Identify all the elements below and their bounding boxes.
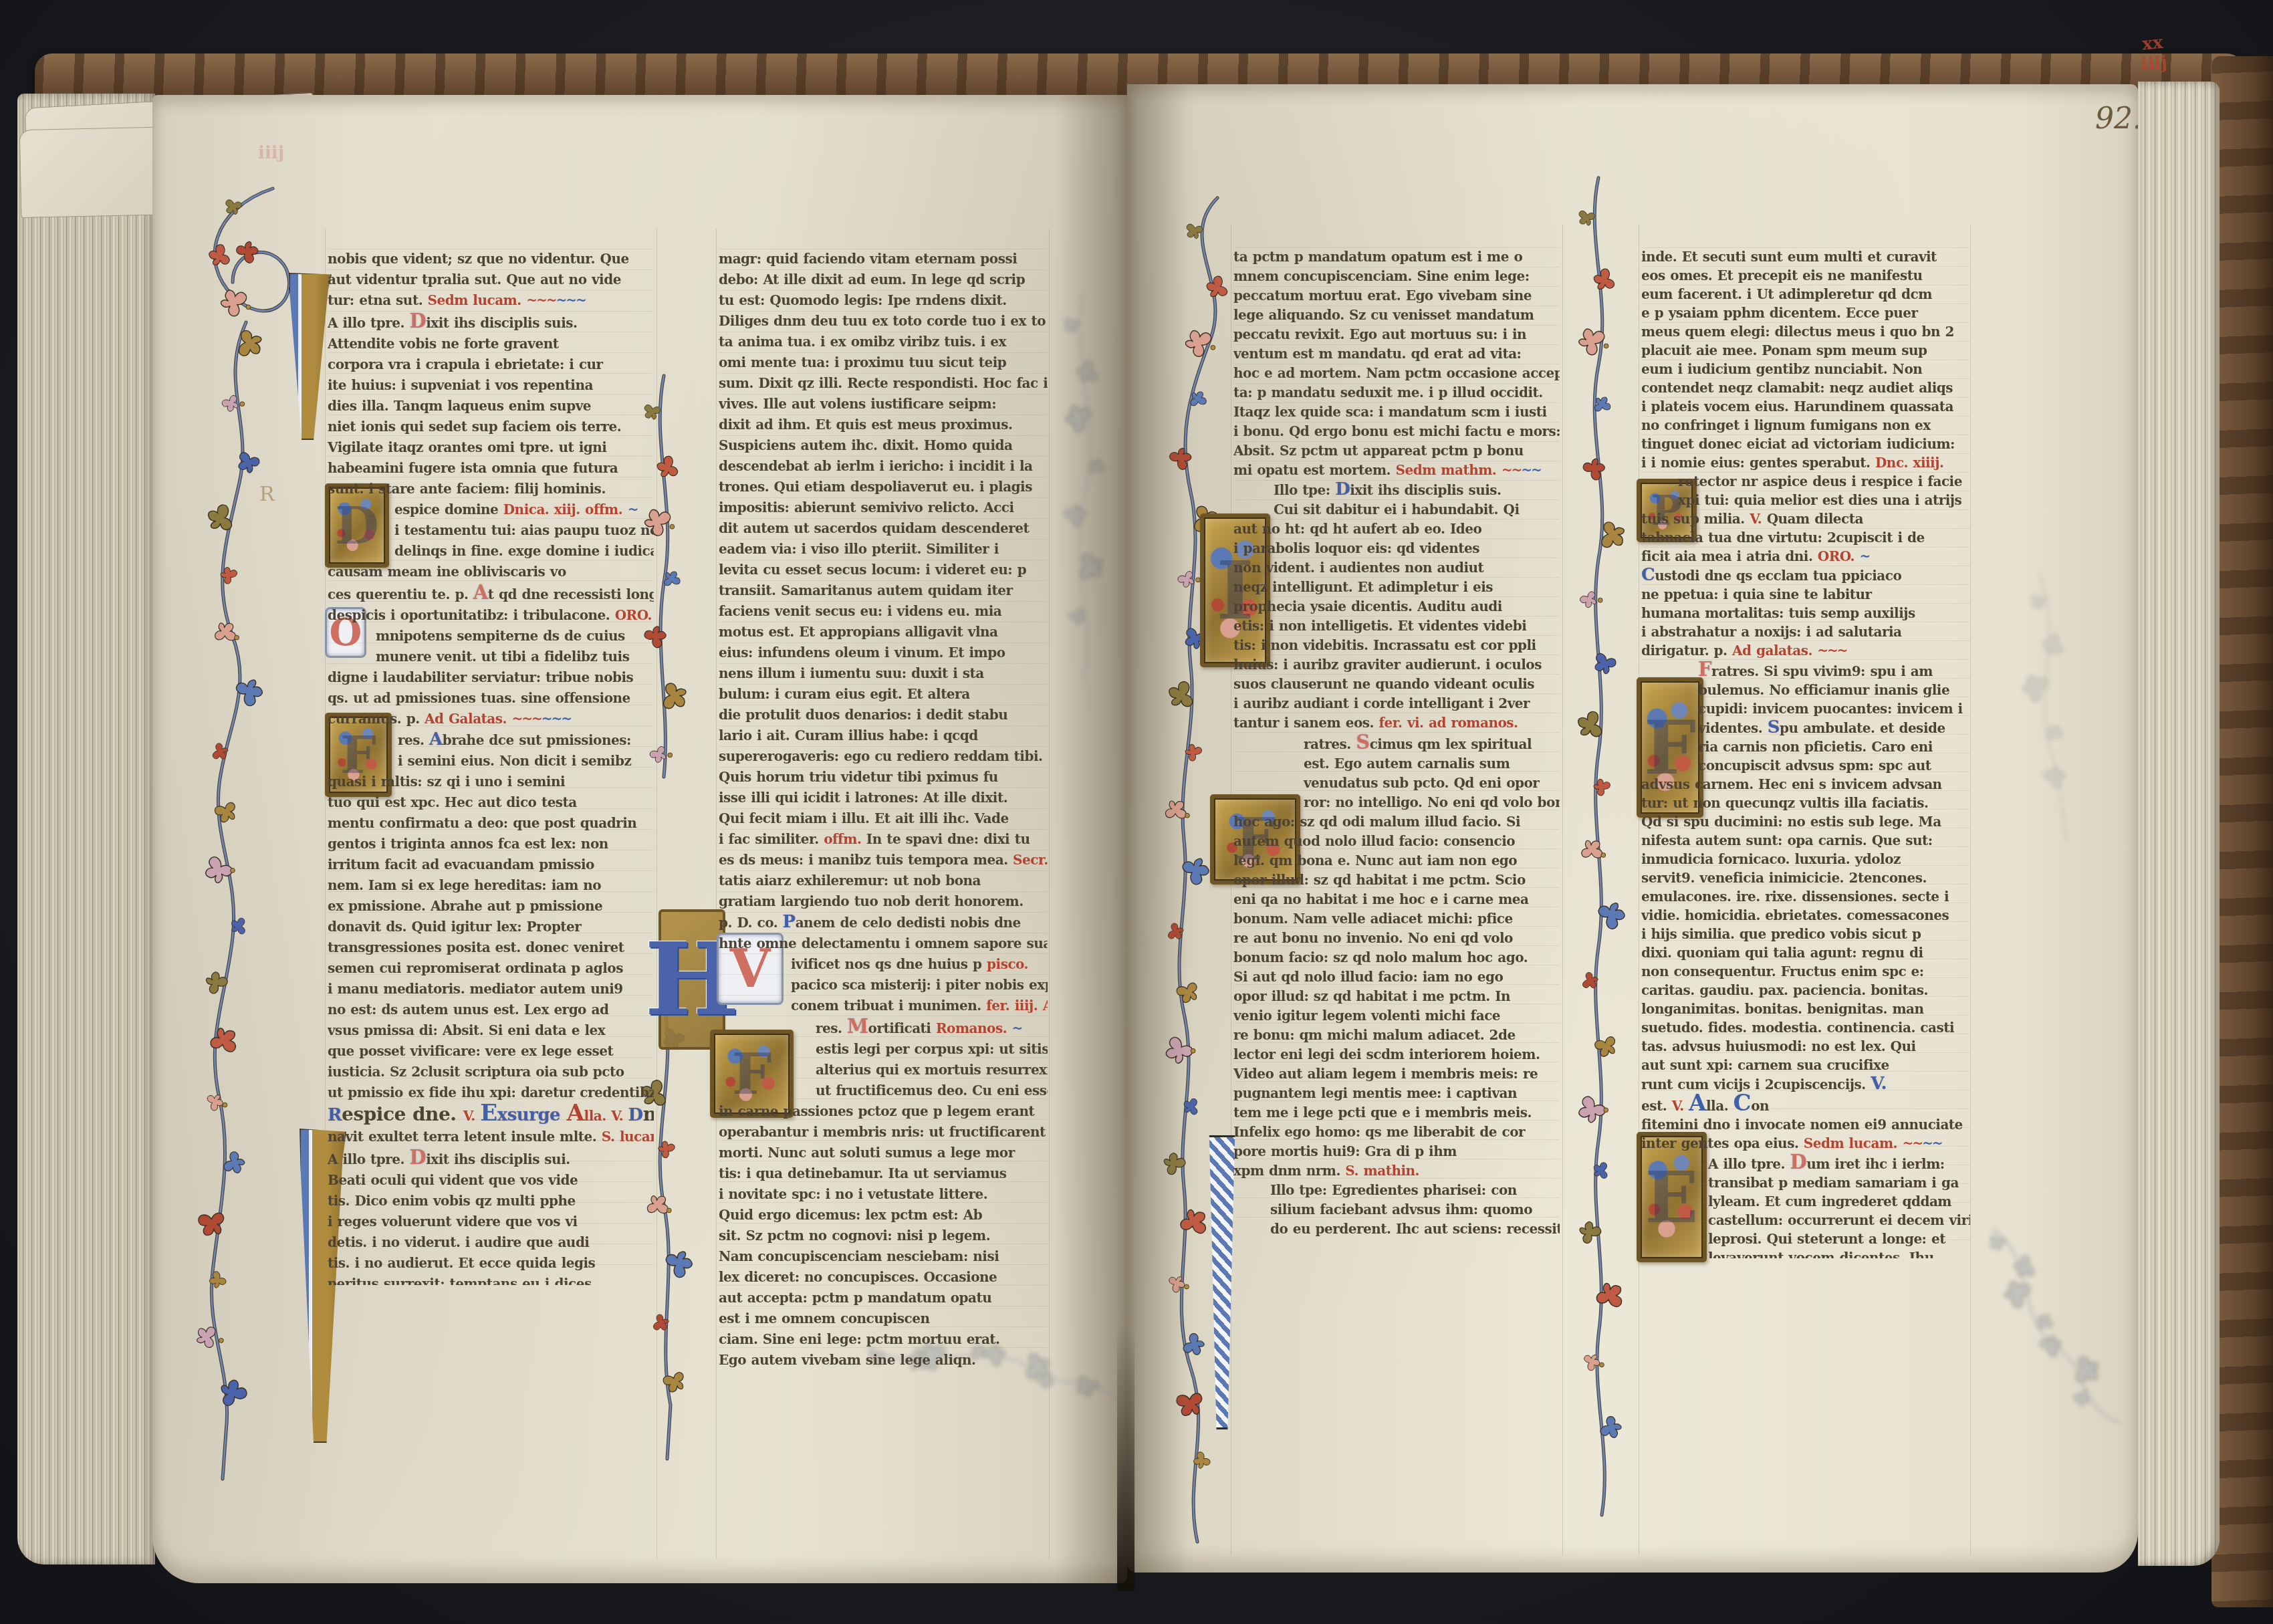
text-line: ut pmissio ex fide ihu xpi: daretur cred… bbox=[328, 1082, 654, 1103]
text-line: Quid ergo dicemus: lex pctm est: Ab bbox=[719, 1205, 1048, 1226]
text-line: tem me i lege pcti que e i membris meis. bbox=[1233, 1103, 1560, 1123]
text-line: bonum facio: sz qd nolo malum hoc ago. bbox=[1233, 948, 1560, 967]
text-line: ne ppetua: i quia sine te labitur bbox=[1641, 585, 1970, 604]
text-line: despicis i oportunitatibz: i tribulacone… bbox=[328, 605, 654, 626]
text-line: debo: At ille dixit ad eum. In lege qd s… bbox=[719, 269, 1048, 290]
text-line: irritum facit ad evacuandam pmissio bbox=[328, 854, 654, 875]
text-line: transibat p mediam samariam i ga bbox=[1641, 1173, 1970, 1192]
text-line: digne i laudabiliter serviatur: tribue n… bbox=[328, 667, 654, 688]
text-line: nem. Iam si ex lege hereditas: iam no bbox=[328, 875, 654, 896]
showthrough-decoration bbox=[1972, 1215, 2138, 1436]
text-line: prophecia ysaie dicentis. Auditu audi bbox=[1233, 597, 1560, 616]
text-line: Attendite vobis ne forte gravent bbox=[328, 334, 654, 354]
text-line: delinqs in fine. exge domine i iudica bbox=[328, 541, 654, 562]
recto-page: 92. I F I P F E ta p bbox=[1127, 84, 2138, 1573]
text-line: venio igitur legem volenti michi face bbox=[1233, 1006, 1560, 1026]
text-line: caritas. gaudiu. pax. paciencia. bonitas… bbox=[1641, 981, 1970, 1000]
showthrough-decoration bbox=[1043, 287, 1127, 689]
text-line: pugnantem legi mentis mee: i captivan bbox=[1233, 1084, 1560, 1103]
text-line: operabantur i membris nris: ut fructific… bbox=[719, 1122, 1048, 1143]
text-line: vives. Ille aut volens iustificare seipm… bbox=[719, 394, 1048, 415]
text-line: corpora vra i crapula i ebrietate: i cur bbox=[328, 354, 654, 375]
text-line: ria carnis non pficietis. Caro eni bbox=[1641, 737, 1970, 756]
text-line: trones. Qui etiam despoliaverut eu. i pl… bbox=[719, 477, 1048, 497]
text-line: Absit. Sz pctm ut appareat pctm p bonu bbox=[1233, 441, 1560, 461]
text-column: magr: quid faciendo vitam eternam possid… bbox=[719, 249, 1048, 1368]
text-line: concupiscit advsus spm: spc aut bbox=[1641, 756, 1970, 775]
text-line: dit autem ut sacerdos quidam descenderet bbox=[719, 518, 1048, 539]
text-line: lector eni legi dei scdm interiorem hoie… bbox=[1233, 1045, 1560, 1064]
text-line: hoc ago: sz qd odi malum illud facio. Si bbox=[1233, 812, 1560, 832]
text-line: ex pmissione. Abrahe aut p pmissione bbox=[328, 896, 654, 917]
text-line: iusticia. Sz 2clusit scriptura oia sub p… bbox=[328, 1062, 654, 1082]
showthrough-decoration bbox=[1999, 567, 2133, 848]
text-line: i hijs similia. que predico vobis sicut … bbox=[1641, 925, 1970, 943]
text-line: etis: i non intelligetis. Et videntes vi… bbox=[1233, 616, 1560, 636]
text-line: Suspiciens autem ihc. dixit. Homo quida bbox=[719, 435, 1048, 456]
text-line: causam meam ine obliviscaris vo bbox=[328, 562, 654, 582]
text-line: i fac similiter. offm. In te spavi dne: … bbox=[719, 829, 1048, 850]
text-line: peritus surrexit: temptans eu i dices. bbox=[328, 1274, 654, 1285]
text-line: tur: ut non quecunqz vultis illa faciati… bbox=[1641, 794, 1970, 812]
text-line: es ds meus: i manibz tuis tempora mea. S… bbox=[719, 850, 1048, 871]
text-line: Illo tpe: Egredientes pharisei: con bbox=[1233, 1181, 1560, 1200]
text-line: Illo tpe: Dixit ihs disciplis suis. bbox=[1233, 480, 1560, 500]
text-line: tatis aiarz exhileremur: ut nob bona bbox=[719, 871, 1048, 891]
text-line: Respice dne. V. Exsurge Alla. V. Dns reg bbox=[328, 1103, 654, 1127]
text-line: aut no ht: qd ht aufert ab eo. Ideo bbox=[1233, 519, 1560, 539]
text-line: no est: ds autem unus est. Lex ergo ad bbox=[328, 1000, 654, 1020]
text-line: ite huius: i supveniat i vos repentina bbox=[328, 375, 654, 396]
manuscript-photo: iiij R I D O F I H V bbox=[0, 0, 2273, 1624]
text-line: A illo tpre. Dixit ihs disciplis sui. bbox=[328, 1147, 654, 1170]
text-line: navit exultet terra letent insule mlte. … bbox=[328, 1127, 654, 1147]
text-line: legi. qm bona e. Nunc aut iam non ego bbox=[1233, 851, 1560, 871]
text-line: i testamentu tui: aias paupu tuoz ne bbox=[328, 520, 654, 541]
text-line: sit. Sz pctm no cognovi: nisi p legem. bbox=[719, 1226, 1048, 1246]
text-line: mnem concupiscenciam. Sine enim lege: bbox=[1233, 267, 1560, 286]
text-line: neqz intelligunt. Et adimpletur i eis bbox=[1233, 578, 1560, 597]
text-line: aut accepta: pctm p mandatum opatu bbox=[719, 1288, 1048, 1308]
text-line: p. D. co. Panem de celo dedisti nobis dn… bbox=[719, 912, 1048, 933]
text-line: dirigatur. p. Ad galatas. ~~~ bbox=[1641, 641, 1970, 660]
text-line: isse illi qui icidit i latrones: At ille… bbox=[719, 788, 1048, 808]
text-line: opor illud: sz qd habitat i me pctm. In bbox=[1233, 987, 1560, 1006]
text-line: eos omes. Et precepit eis ne manifestu bbox=[1641, 266, 1970, 285]
text-line: conem tribuat i munimen. fer. iiij. Ad bbox=[719, 996, 1048, 1016]
text-line: i parabolis loquor eis: qd videntes bbox=[1233, 539, 1560, 558]
text-line: tis: i qua detinebamur. Ita ut serviamus bbox=[719, 1163, 1048, 1184]
text-line: i i nomie eius: gentes sperabut. Dnc. xi… bbox=[1641, 453, 1970, 472]
text-line: Vigilate itaqz orantes omi tpre. ut igni bbox=[328, 437, 654, 458]
text-line: nifesta autem sunt: opa carnis. Que sut: bbox=[1641, 831, 1970, 850]
text-line: dixi. quoniam qui talia agunt: regnu di bbox=[1641, 943, 1970, 962]
text-line: placuit aie mee. Ponam spm meum sup bbox=[1641, 341, 1970, 360]
text-line: ciam. Sine eni lege: pctm mortuu erat. bbox=[719, 1329, 1048, 1350]
text-line: peccatum mortuu erat. Ego vivebam sine bbox=[1233, 286, 1560, 306]
text-line: eius: infundens oleum i vinum. Et impo bbox=[719, 643, 1048, 663]
text-line: non consequentur. Fructus enim spc e: bbox=[1641, 962, 1970, 981]
text-line: Itaqz lex quide sca: i mandatum scm i iu… bbox=[1233, 402, 1560, 422]
text-line: lege aliquando. Sz cu venisset mandatum bbox=[1233, 306, 1560, 325]
gutter-shadow bbox=[1117, 1324, 1134, 1591]
text-line: bulum: i curam eius egit. Et altera bbox=[719, 684, 1048, 705]
text-line: habeamini fugere ista omnia que futura bbox=[328, 458, 654, 479]
text-line: aut sunt xpi: carnem sua crucifixe bbox=[1641, 1056, 1970, 1074]
ruling-line bbox=[716, 229, 717, 1559]
text-line: estis legi per corpus xpi: ut sitis bbox=[719, 1039, 1048, 1060]
text-line: morti. Nunc aut soluti sumus a lege mor bbox=[719, 1143, 1048, 1163]
text-line: res. Mortificati Romanos. ~ bbox=[719, 1016, 1048, 1039]
text-line: munere venit. ut tibi a fidelibz tuis bbox=[328, 647, 654, 667]
text-line: Qui fecit miam i illu. Et ait illi ihc. … bbox=[719, 808, 1048, 829]
text-line: omi mente tua: i proximu tuu sicut teip bbox=[719, 352, 1048, 373]
text-line: do eu perderent. Ihc aut sciens: recessi… bbox=[1233, 1220, 1560, 1236]
text-line: huius: i auribz graviter audierunt. i oc… bbox=[1233, 655, 1560, 675]
text-line: castellum: occurrerunt ei decem viri bbox=[1641, 1211, 1970, 1230]
text-line: tantur i sanem eos. fer. vi. ad romanos. bbox=[1233, 713, 1560, 733]
text-line: descendebat ab ierlm i iericho: i incidi… bbox=[719, 456, 1048, 477]
showthrough-numeral: iiij bbox=[258, 143, 284, 163]
text-line: non vident. i audientes non audiut bbox=[1233, 558, 1560, 578]
text-line: xpi tui: quia melior est dies una i atri… bbox=[1641, 491, 1970, 509]
text-line: mnipotens sempiterne ds de cuius bbox=[328, 626, 654, 647]
text-line: opor illud: sz qd habitat i me pctm. Sci… bbox=[1233, 871, 1560, 890]
illuminated-initial: H bbox=[659, 909, 725, 1050]
text-line: in carne passiones pctoz que p legem era… bbox=[719, 1101, 1048, 1122]
text-line: tuis sup milia. V. Quam dilecta bbox=[1641, 509, 1970, 528]
text-line: fitemini dno i invocate nomen ei9 annuci… bbox=[1641, 1115, 1970, 1134]
text-line: dixit ad ihm. Et quis est meus proximus. bbox=[719, 415, 1048, 435]
text-line: levita cu esset secus locum: i videret e… bbox=[719, 560, 1048, 580]
text-line: inter gentes opa eius. Sedm lucam. ~~~~ bbox=[1641, 1134, 1970, 1153]
text-line: re aut bonu no invenio. No eni qd volo bbox=[1233, 929, 1560, 948]
text-line: ratres. Scimus qm lex spiritual bbox=[1233, 733, 1560, 754]
page-edges-right-stack bbox=[2138, 82, 2220, 1566]
text-line: vsus pmissa di: Absit. Si eni data e lex bbox=[328, 1020, 654, 1041]
text-line: ivificet nos qs dne huius p pisco. bbox=[719, 954, 1048, 975]
text-line: niet ionis qui sedet sup faciem ois terr… bbox=[328, 417, 654, 437]
text-line: A illo tpre. Dixit ihs disciplis suis. bbox=[328, 311, 654, 334]
text-line: ta pctm p mandatum opatum est i me o bbox=[1233, 247, 1560, 267]
text-line: Ego autem vivebam sine lege aliqn. bbox=[719, 1350, 1048, 1368]
text-line: contendet neqz clamabit: neqz audiet ali… bbox=[1641, 378, 1970, 397]
text-line: i semini eius. Non dicit i semibz bbox=[328, 751, 654, 772]
text-line: ficit aia mea i atria dni. ORO. ~ bbox=[1641, 547, 1970, 566]
text-line: Beati oculi qui vident que vos vide bbox=[328, 1170, 654, 1191]
book-cover-edge bbox=[2211, 56, 2273, 1607]
text-line: tas. advsus huiusmodi: no est lex. Qui bbox=[1641, 1037, 1970, 1056]
text-line: est. V. Alla. Con bbox=[1641, 1094, 1970, 1115]
text-line: lyleam. Et cum ingrederet qddam bbox=[1641, 1192, 1970, 1211]
text-line: curramus. p. Ad Galatas. ~~~~~~ bbox=[328, 709, 654, 729]
text-column: nobis que vident; sz que no videntur. Qu… bbox=[328, 249, 654, 1285]
text-line: donavit ds. Quid igitur lex: Propter bbox=[328, 917, 654, 937]
text-line: est. Ego autem carnalis sum bbox=[1233, 754, 1560, 774]
text-line: e p ysaiam pphm dicentem. Ecce puer bbox=[1641, 304, 1970, 322]
text-line: dies illa. Tanqm laqueus enim supve bbox=[328, 396, 654, 417]
folio-number: 92. bbox=[2095, 102, 2138, 136]
text-line: quasi i mltis: sz qi i uno i semini bbox=[328, 772, 654, 792]
text-line: leprosi. Qui steterunt a longe: et bbox=[1641, 1230, 1970, 1248]
text-line: transgressiones posita est. donec venire… bbox=[328, 937, 654, 958]
text-line: Quis horum triu videtur tibi pximus fu bbox=[719, 767, 1048, 788]
text-line: que posset vivificare: vere ex lege esse… bbox=[328, 1041, 654, 1062]
text-line: tuo qui est xpc. Hec aut dico testa bbox=[328, 792, 654, 813]
text-line: eum facerent. i Ut adimpleretur qd dcm bbox=[1641, 285, 1970, 304]
text-line: supererogaveris: ego cu rediero reddam t… bbox=[719, 746, 1048, 767]
text-line: i reges voluerunt videre que vos vi bbox=[328, 1211, 654, 1232]
text-line: ta: p mandatu seduxit me. i p illud occi… bbox=[1233, 383, 1560, 402]
text-line: i abstrahatur a noxijs: i ad salutaria bbox=[1641, 622, 1970, 641]
text-line: motus est. Et appropians alligavit vlna bbox=[719, 622, 1048, 643]
text-line: rotector nr aspice deus i respice i faci… bbox=[1641, 472, 1970, 491]
text-line: lario i ait. Curam illius habe: i qcqd bbox=[719, 725, 1048, 746]
text-line: Si aut qd nolo illud facio: iam no ego bbox=[1233, 967, 1560, 987]
text-line: eni qa no habitat i me hoc e i carne mea bbox=[1233, 890, 1560, 909]
text-line: meus quem elegi: dilectus meus i quo bn … bbox=[1641, 322, 1970, 341]
verso-page: iiij R I D O F I H V bbox=[152, 95, 1127, 1583]
text-line: humana mortalitas: tuis semp auxilijs bbox=[1641, 604, 1970, 622]
text-line: eum i iudicium gentibz nunciabit. Non bbox=[1641, 360, 1970, 378]
text-line: runt cum vicijs i 2cupiscencijs. V. bbox=[1641, 1074, 1970, 1094]
text-line: xpm dnm nrm. S. mathin. bbox=[1233, 1161, 1560, 1181]
text-column: ta pctm p mandatum opatum est i me omnem… bbox=[1233, 247, 1560, 1236]
text-line: nens illum i iumentu suu: duxit i sta bbox=[719, 663, 1048, 684]
text-line: ut fructificemus deo. Cu eni essem9 bbox=[719, 1080, 1048, 1101]
text-line: tis: i non videbitis. Incrassatu est cor… bbox=[1233, 636, 1560, 655]
text-line: Diliges dnm deu tuu ex toto corde tuo i … bbox=[719, 311, 1048, 332]
text-line: inmudicia fornicaco. luxuria. ydoloz bbox=[1641, 850, 1970, 868]
text-line: eadem via: i viso illo pteriit. Similite… bbox=[719, 539, 1048, 560]
text-line: mi opatu est mortem. Sedm mathm. ~~~~ bbox=[1233, 461, 1560, 480]
text-line: tur: etna sut. Sedm lucam. ~~~~~~ bbox=[328, 290, 654, 311]
text-line: hoc e ad mortem. Nam pctm occasione acce… bbox=[1233, 364, 1560, 383]
text-line: espice domine Dnica. xiij. offm. ~ bbox=[328, 499, 654, 520]
text-line: tu est: Quomodo legis: Ipe rndens dixit. bbox=[719, 290, 1048, 311]
text-line: A illo tpre. Dum iret ihc i ierlm: bbox=[1641, 1153, 1970, 1173]
text-line: tinguet donec eiciat ad victoriam iudici… bbox=[1641, 435, 1970, 453]
text-line: videntes. Spu ambulate. et deside bbox=[1641, 718, 1970, 737]
text-line: suos clauserunt ne quando videant oculis bbox=[1233, 675, 1560, 694]
text-line: i novitate spc: i no i vetustate littere… bbox=[719, 1184, 1048, 1205]
text-line: peccatu revixit. Ego aut mortuus su: i i… bbox=[1233, 325, 1560, 344]
text-line: detis. i no viderut. i audire que audi bbox=[328, 1232, 654, 1253]
text-line: bonum. Nam velle adiacet michi: pfice bbox=[1233, 909, 1560, 929]
text-line: nobis que vident; sz que no videntur. Qu… bbox=[328, 249, 654, 269]
text-line: impositis: abierunt semivivo relicto. Ac… bbox=[719, 497, 1048, 518]
text-line: advsus carnem. Hec eni s invicem advsan bbox=[1641, 775, 1970, 794]
text-line: gratiam largiendo tuo nob derit honorem. bbox=[719, 891, 1048, 912]
text-line: pore mortis hui9: Gra di p ihm bbox=[1233, 1142, 1560, 1161]
text-line: transiit. Samaritanus autem quidam iter bbox=[719, 580, 1048, 601]
quire-mark: xx iiij bbox=[2129, 31, 2179, 76]
text-line: sunt. i stare ante faciem: filij hominis… bbox=[328, 479, 654, 499]
text-line: est i me omnem concupiscen bbox=[719, 1308, 1048, 1329]
text-line: tabnacla tua dne virtutu: 2cupiscit i de bbox=[1641, 528, 1970, 547]
text-line: Fratres. Si spu vivim9: spu i am bbox=[1641, 660, 1970, 681]
text-line: semen cui repromiserat ordinata p aglos bbox=[328, 958, 654, 979]
text-line: Cui sit dabitur ei i habundabit. Qi bbox=[1233, 500, 1560, 519]
text-line: gentos i triginta annos fca est lex: non bbox=[328, 834, 654, 854]
text-line: mentu confirmatu a deo: que post quadrin bbox=[328, 813, 654, 834]
text-line: alterius qui ex mortuis resurrexit: bbox=[719, 1060, 1048, 1080]
text-line: venudatus sub pcto. Qd eni opor bbox=[1233, 774, 1560, 793]
text-line: Qd si spu ducimini: no estis sub lege. M… bbox=[1641, 812, 1970, 831]
text-line: tis. Dico enim vobis qz multi pphe bbox=[328, 1191, 654, 1211]
text-line: qs. ut ad pmissiones tuas. sine offensio… bbox=[328, 688, 654, 709]
text-line: vidie. homicidia. ebrietates. comessacon… bbox=[1641, 906, 1970, 925]
text-line: Custodi dne qs ecclam tua ppiciaco bbox=[1641, 566, 1970, 585]
text-line: no confringet i lignum fumigans non ex bbox=[1641, 416, 1970, 435]
text-line: levaverunt vocem dicentes. Ihu bbox=[1641, 1248, 1970, 1258]
page-edges-left-stack bbox=[17, 94, 155, 1564]
text-line: longanimitas. bonitas. benignitas. man bbox=[1641, 1000, 1970, 1018]
text-line: magr: quid faciendo vitam eternam possi bbox=[719, 249, 1048, 269]
text-line: res. Abrahe dce sut pmissiones: bbox=[328, 729, 654, 751]
text-line: hnte omne delectamentu i omnem sapore su… bbox=[719, 933, 1048, 954]
text-line: silium faciebant advsus ihm: quomo bbox=[1233, 1200, 1560, 1220]
text-line: die protulit duos denarios: i dedit stab… bbox=[719, 705, 1048, 725]
text-line: cupidi: invicem puocantes: invicem i bbox=[1641, 699, 1970, 718]
text-line: i plateis vocem eius. Harundinem quassat… bbox=[1641, 397, 1970, 416]
text-line: emulacones. ire. rixe. dissensiones. sec… bbox=[1641, 887, 1970, 906]
text-line: tis. i no audierut. Et ecce quida legis bbox=[328, 1253, 654, 1274]
text-line: pacico sca misterij: i piter nobis expia bbox=[719, 975, 1048, 996]
ruling-line bbox=[1970, 225, 1971, 1555]
text-line: sum. Dixit qz illi. Recte respondisti. H… bbox=[719, 373, 1048, 394]
text-line: faciens venit secus eu: i videns eu. mia bbox=[719, 601, 1048, 622]
text-line: re bonu: qm michi malum adiacet. 2de bbox=[1233, 1026, 1560, 1045]
text-line: i manu mediatoris. mediator autem uni9 bbox=[328, 979, 654, 1000]
text-line: Infelix ego homo: qs me liberabit de cor bbox=[1233, 1123, 1560, 1142]
text-line: ces querentiu te. p. At qd dne recessist… bbox=[328, 582, 654, 605]
text-line: inde. Et secuti sunt eum multi et curavi… bbox=[1641, 247, 1970, 266]
text-line: i auribz audiant i corde intelligant i 2… bbox=[1233, 694, 1560, 713]
text-line: autem quod nolo illud facio: consencio bbox=[1233, 832, 1560, 851]
text-line: bulemus. No efficiamur inanis glie bbox=[1641, 681, 1970, 699]
text-line: lex diceret: no concupisces. Occasione bbox=[719, 1267, 1048, 1288]
text-line: ta anima tua. i ex omibz viribz tuis. i … bbox=[719, 332, 1048, 352]
text-line: Nam concupiscenciam nesciebam: nisi bbox=[719, 1246, 1048, 1267]
text-line: ventum est m mandatu. qd erat ad vita: bbox=[1233, 344, 1560, 364]
text-column: inde. Et secuti sunt eum multi et curavi… bbox=[1641, 247, 1970, 1258]
text-line: aut videntur tpralia sut. Que aut no vid… bbox=[328, 269, 654, 290]
text-line: suetudo. fides. modestia. continencia. c… bbox=[1641, 1018, 1970, 1037]
ivy-border-decoration bbox=[1552, 164, 1645, 1528]
text-line: Video aut aliam legem i membris meis: re bbox=[1233, 1064, 1560, 1084]
text-line: i bonu. Qd ergo bonu est michi factu e m… bbox=[1233, 422, 1560, 441]
text-line: servit9. veneficia inimicicie. 2tencones… bbox=[1641, 868, 1970, 887]
text-line: ror: no intelligo. No eni qd volo bonum bbox=[1233, 793, 1560, 812]
